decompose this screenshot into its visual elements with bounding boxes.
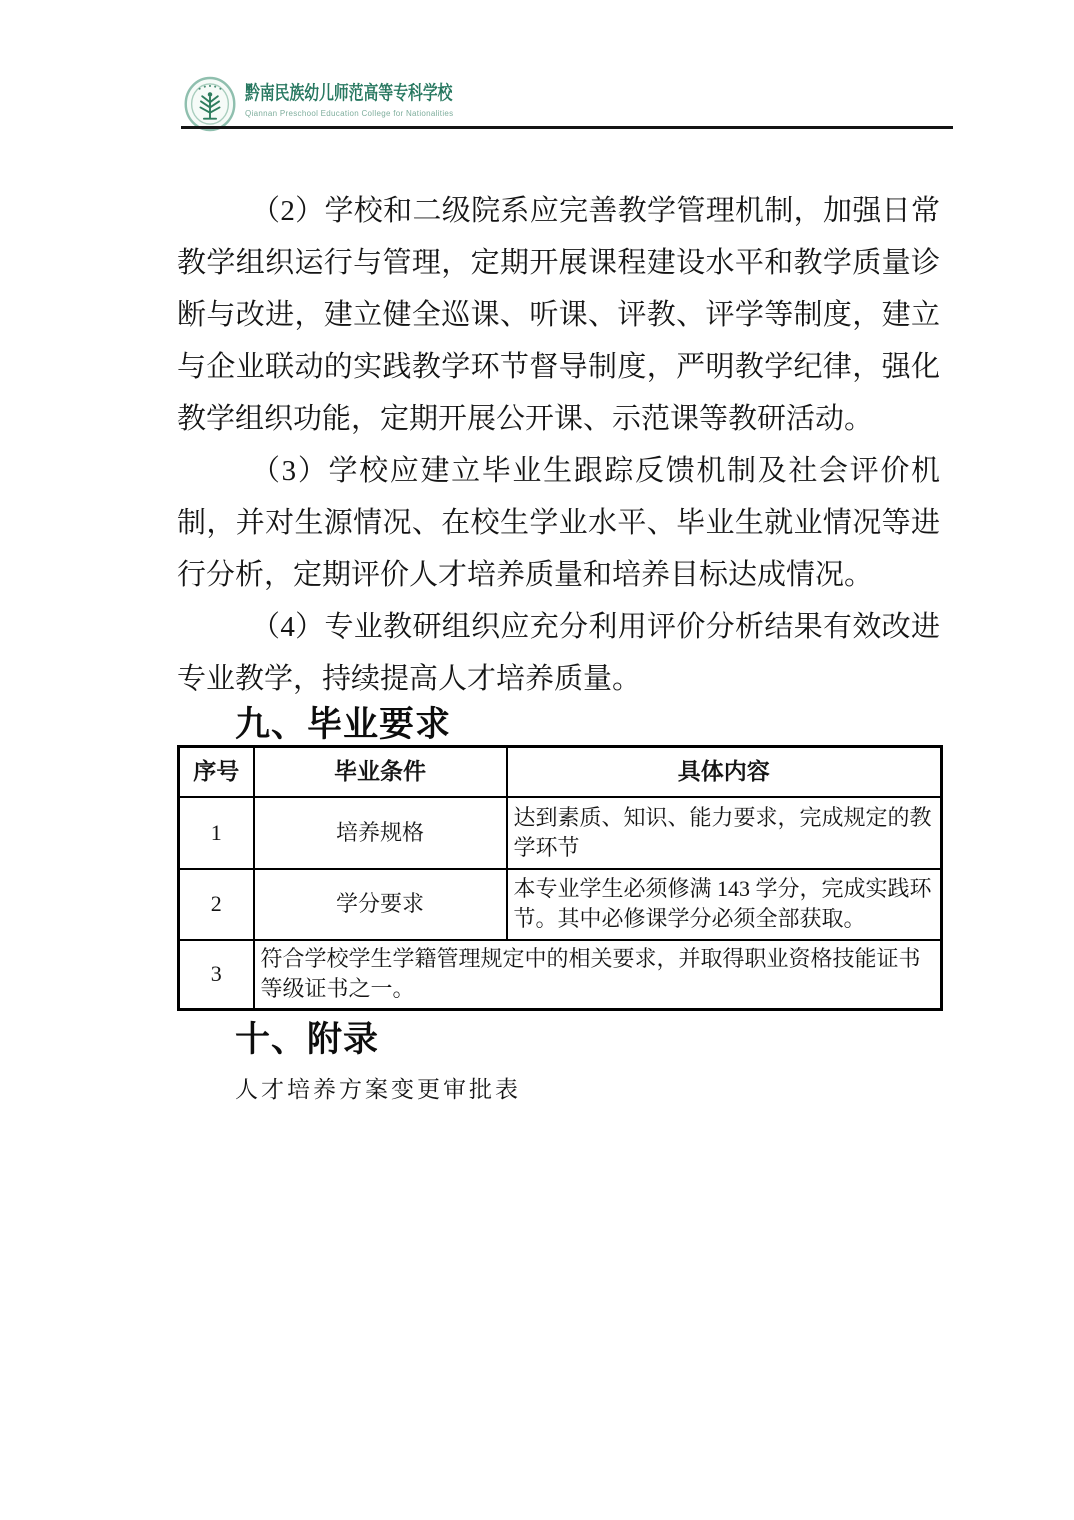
school-name-block: 黔南民族幼儿师范高等专科学校 Qiannan Preschool Educati… — [245, 82, 505, 119]
paragraph-3: （3）学校应建立毕业生跟踪反馈机制及社会评价机制，并对生源情况、在校生学业水平、… — [177, 445, 940, 601]
appendix-title-text: 人才培养方案变更审批表 — [177, 1073, 940, 1107]
row-3-detail-merged: 符合学校学生学籍管理规定中的相关要求，并取得职业资格技能证书等级证书之一。 — [254, 940, 942, 1010]
col-header-detail: 具体内容 — [507, 747, 942, 797]
col-header-number: 序号 — [179, 747, 254, 797]
graduation-requirements-table: 序号 毕业条件 具体内容 1 培养规格 达到素质、知识、能力要求，完成规定的教学… — [177, 745, 943, 1011]
paragraph-2: （2）学校和二级院系应完善教学管理机制，加强日常教学组织运行与管理，定期开展课程… — [177, 185, 940, 445]
school-name-zh: 黔南民族幼儿师范高等专科学校 — [245, 82, 448, 106]
document-page: 黔南民族幼儿师范高等专科学校 Qiannan Preschool Educati… — [0, 0, 1074, 1520]
row-3-number: 3 — [179, 940, 254, 1010]
table-row: 2 学分要求 本专业学生必须修满 143 学分，完成实践环节。其中必修课学分必须… — [179, 869, 942, 940]
row-2-condition: 学分要求 — [254, 869, 507, 940]
table-row: 1 培养规格 达到素质、知识、能力要求，完成规定的教学环节 — [179, 797, 942, 869]
document-body: （2）学校和二级院系应完善教学管理机制，加强日常教学组织运行与管理，定期开展课程… — [177, 185, 940, 1107]
paragraph-4: （4）专业教研组织应充分利用评价分析结果有效改进专业教学，持续提高人才培养质量。 — [177, 601, 940, 705]
school-name-en: Qiannan Preschool Education College for … — [245, 109, 505, 119]
table-header-row: 序号 毕业条件 具体内容 — [179, 747, 942, 797]
header-divider-line — [181, 126, 953, 129]
section-9-heading: 九、毕业要求 — [177, 705, 940, 745]
col-header-condition: 毕业条件 — [254, 747, 507, 797]
table-row: 3 符合学校学生学籍管理规定中的相关要求，并取得职业资格技能证书等级证书之一。 — [179, 940, 942, 1010]
row-1-number: 1 — [179, 797, 254, 869]
row-1-condition: 培养规格 — [254, 797, 507, 869]
row-2-detail: 本专业学生必须修满 143 学分，完成实践环节。其中必修课学分必须全部获取。 — [507, 869, 942, 940]
row-1-detail: 达到素质、知识、能力要求，完成规定的教学环节 — [507, 797, 942, 869]
section-10-heading: 十、附录 — [177, 1019, 940, 1061]
row-2-number: 2 — [179, 869, 254, 940]
school-seal-tree-icon — [184, 76, 236, 132]
